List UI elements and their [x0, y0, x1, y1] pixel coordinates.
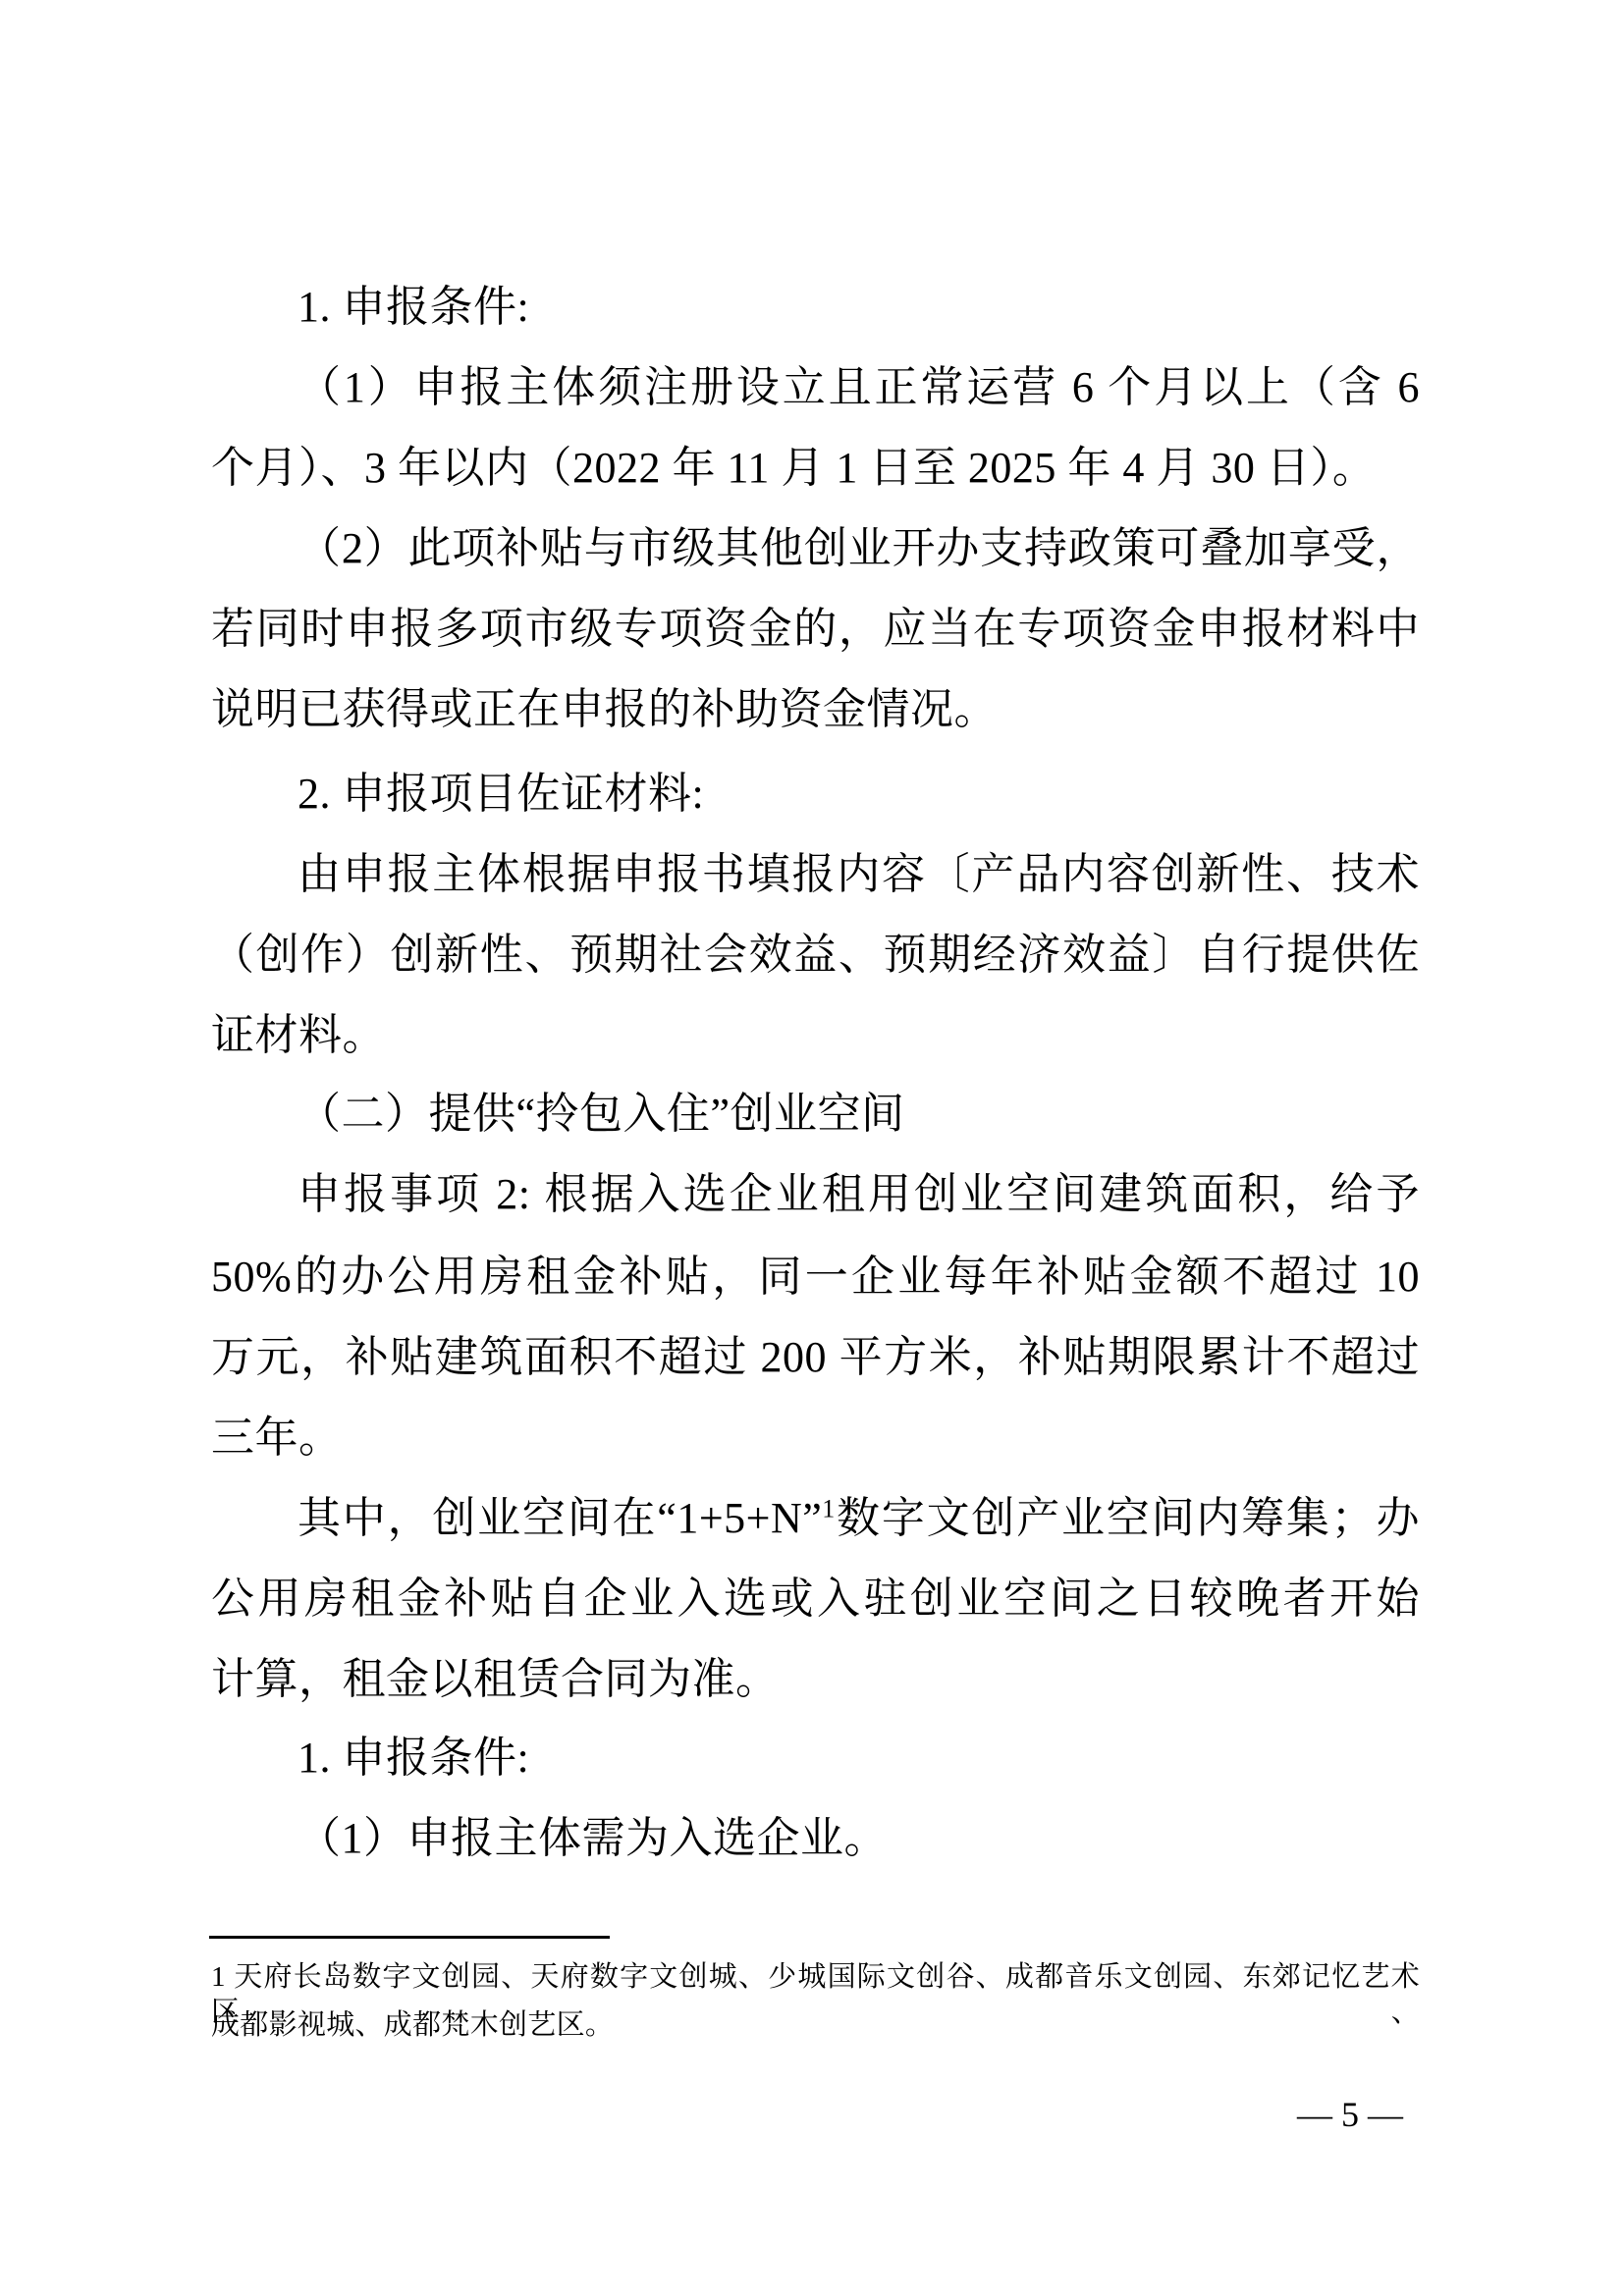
body-line: 50%的办公用房租金补贴，同一企业每年补贴金额不超过 10: [211, 1253, 1420, 1303]
body-line-numbered-item: 1. 申报条件:: [211, 1734, 1420, 1784]
section-heading: （二）提供“拎包入住”创业空间: [211, 1090, 1420, 1140]
line-text: 数字文创产业空间内筹集；办: [836, 1494, 1420, 1542]
body-line: 其中，创业空间在“1+5+N”1数字文创产业空间内筹集；办: [211, 1494, 1420, 1544]
footnote-separator-rule: [209, 1936, 610, 1939]
body-line: 申报事项 2: 根据入选企业租用创业空间建筑面积，给予: [211, 1170, 1420, 1220]
line-text: 其中，创业空间在“1+5+N”: [298, 1494, 822, 1542]
body-line: 说明已获得或正在申报的补助资金情况。: [211, 685, 1420, 735]
body-line-numbered-item: 1. 申报条件:: [211, 283, 1420, 333]
body-line: 个月）、3 年以内（2022 年 11 月 1 日至 2025 年 4 月 30…: [211, 444, 1420, 494]
footnote-ref-superscript: 1: [822, 1494, 836, 1522]
body-line: 若同时申报多项市级专项资金的，应当在专项资金申报材料中: [211, 605, 1420, 655]
body-line: （创作）创新性、预期社会效益、预期经济效益〕自行提供佐: [211, 931, 1420, 981]
body-line: 由申报主体根据申报书填报内容〔产品内容创新性、技术: [211, 850, 1420, 900]
body-line: 计算，租金以租赁合同为准。: [211, 1655, 1420, 1705]
body-line: 三年。: [211, 1414, 1420, 1464]
body-line-numbered-item: 2. 申报项目佐证材料:: [211, 770, 1420, 820]
body-line: （1）申报主体须注册设立且正常运营 6 个月以上（含 6: [211, 363, 1420, 413]
body-line: 证材料。: [211, 1011, 1420, 1061]
body-line: 公用房租金补贴自企业入选或入驻创业空间之日较晚者开始: [211, 1575, 1420, 1625]
body-line: 万元，补贴建筑面积不超过 200 平方米，补贴期限累计不超过: [211, 1333, 1420, 1383]
page-number: — 5 —: [1257, 2094, 1443, 2135]
document-page: 1. 申报条件: （1）申报主体须注册设立且正常运营 6 个月以上（含 6 个月…: [0, 0, 1624, 2296]
body-line: （1）申报主体需为入选企业。: [211, 1814, 1420, 1864]
footnote-line: 成都影视城、成都梵木创艺区。: [211, 2007, 1420, 2043]
body-line: （2）此项补贴与市级其他创业开办支持政策可叠加享受，: [211, 524, 1420, 574]
